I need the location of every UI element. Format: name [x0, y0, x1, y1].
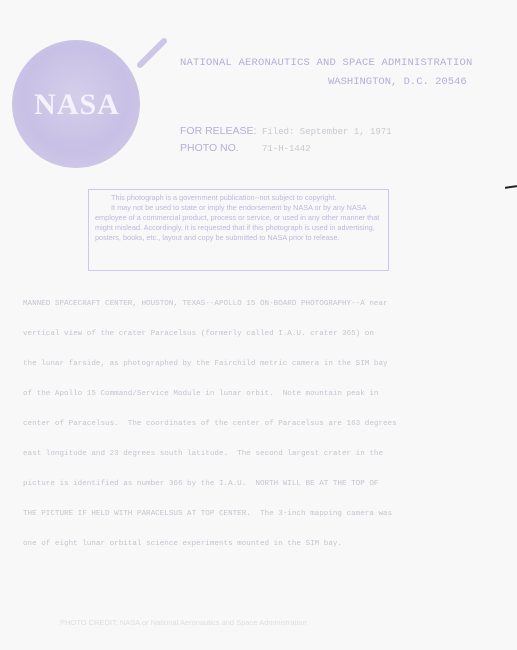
logo-swoosh-icon [136, 37, 169, 70]
caption-line: center of Paracelsus. The coordinates of… [23, 419, 503, 429]
pen-mark [505, 185, 517, 189]
caption-line: MANNED SPACECRAFT CENTER, HOUSTON, TEXAS… [23, 299, 503, 309]
agency-address: WASHINGTON, D.C. 20546 [328, 76, 467, 88]
photo-caption: MANNED SPACECRAFT CENTER, HOUSTON, TEXAS… [23, 279, 503, 569]
document-page: NASA NATIONAL AERONAUTICS AND SPACE ADMI… [0, 0, 517, 650]
copyright-notice-box: This photograph is a government publicat… [88, 189, 389, 271]
notice-paragraph-1: This photograph is a government publicat… [95, 193, 382, 203]
caption-line: east longitude and 23 degrees south lati… [23, 449, 503, 459]
photo-number-value: 71-H-1442 [262, 144, 311, 154]
release-label: FOR RELEASE: [180, 125, 256, 137]
caption-line: picture is identified as number 366 by t… [23, 479, 503, 489]
caption-line: the lunar farside, as photographed by th… [23, 359, 503, 369]
release-value: Filed: September 1, 1971 [262, 127, 392, 137]
caption-line: vertical view of the crater Paracelsus (… [23, 329, 503, 339]
agency-name: NATIONAL AERONAUTICS AND SPACE ADMINISTR… [180, 57, 473, 69]
caption-line: one of eight lunar orbital science exper… [23, 539, 503, 549]
caption-line: of the Apollo 15 Command/Service Module … [23, 389, 503, 399]
logo-text: NASA [22, 88, 132, 122]
photo-number-label: PHOTO NO. [180, 142, 239, 154]
notice-paragraph-2: It may not be used to state or imply the… [95, 203, 382, 243]
photo-credit: PHOTO CREDIT: NASA or National Aeronauti… [60, 618, 307, 627]
caption-line: THE PICTURE IF HELD WITH PARACELSUS AT T… [23, 509, 503, 519]
